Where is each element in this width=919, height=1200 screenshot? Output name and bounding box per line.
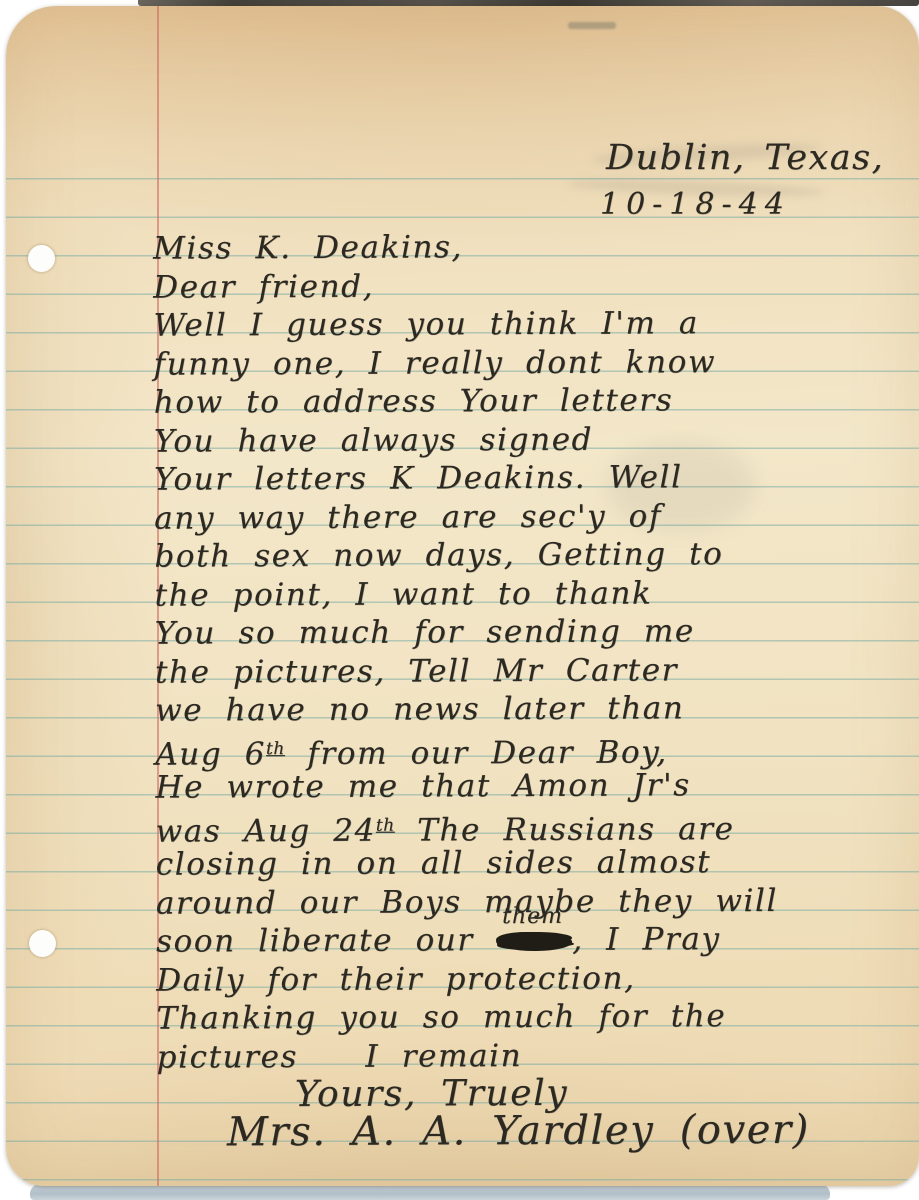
letter-text-segment: Aug 6 xyxy=(155,736,266,772)
letter-text-segment: any way there are sec'y of xyxy=(154,498,662,536)
letter-text-segment: both sex now days, Getting to xyxy=(154,536,723,574)
letter-line: funny one, I really dont know xyxy=(153,342,913,384)
letter-text-segment: Dear friend, xyxy=(153,268,374,305)
dateline: Dublin, Texas, 10-18-44 xyxy=(606,138,884,222)
letter-text-segment: You have always signed xyxy=(154,421,593,459)
letter-line: Miss K. Deakins, xyxy=(153,226,913,268)
letter-line: was Aug 24th The Russians are xyxy=(156,804,916,846)
letter-line: pictures I remain xyxy=(157,1035,917,1077)
letter-line: both sex now days, Getting to xyxy=(154,534,914,576)
punch-hole-top xyxy=(28,245,55,272)
letter-text-segment: Miss K. Deakins, xyxy=(153,229,463,266)
letter-line: soon liberate our them, I Pray xyxy=(156,919,916,961)
paper-smudge xyxy=(568,22,616,29)
letter-line: Daily for their protection, xyxy=(156,958,916,1000)
dateline-place: Dublin, Texas, xyxy=(606,138,884,178)
inserted-word-above: them xyxy=(502,906,563,928)
letter-line: we have no news later than xyxy=(155,688,915,730)
letter-line: the point, I want to thank xyxy=(154,573,914,615)
letter-body: Miss K. Deakins,Dear friend,Well I guess… xyxy=(153,226,917,1153)
letter-text-segment: closing in on all sides almost xyxy=(156,844,712,882)
letter-text-segment: how to address Your letters xyxy=(154,382,674,420)
scan-edge-bottom xyxy=(30,1184,830,1200)
letter-text-segment: the point, I want to thank xyxy=(155,575,653,613)
letter-text-segment: was Aug 24 xyxy=(156,812,376,849)
letter-text-segment: Well I guess you think I'm a xyxy=(153,305,699,343)
letter-line: Well I guess you think I'm a xyxy=(153,303,913,345)
letter-text-segment: , I Pray xyxy=(572,921,720,958)
punch-hole-bottom xyxy=(29,930,56,957)
letter-line: You so much for sending me xyxy=(155,611,915,653)
letter-text-segment: Your letters K Deakins. Well xyxy=(154,459,683,497)
letter-text-segment: funny one, I really dont know xyxy=(153,344,716,382)
letter-line: Mrs. A. A. Yardley (over) xyxy=(157,1112,917,1154)
letter-line: the pictures, Tell Mr Carter xyxy=(155,650,915,692)
scanned-letter-page: Dublin, Texas, 10-18-44 Miss K. Deakins,… xyxy=(0,0,919,1200)
letter-line: Your letters K Deakins. Well xyxy=(154,457,914,499)
letter-text-segment: around our Boys maybe they will xyxy=(156,882,778,921)
letter-line: Dear friend, xyxy=(153,265,913,307)
ordinal-superscript: th xyxy=(266,739,285,759)
letter-text-segment: the pictures, Tell Mr Carter xyxy=(155,652,678,690)
dateline-date: 10-18-44 xyxy=(600,187,884,222)
letter-line: You have always signed xyxy=(154,419,914,461)
letter-text-segment: we have no news later than xyxy=(155,690,684,728)
letter-text-segment: soon liberate our xyxy=(156,922,496,959)
letter-paper: Dublin, Texas, 10-18-44 Miss K. Deakins,… xyxy=(6,6,919,1186)
letter-text-segment: Daily for their protection, xyxy=(156,960,635,998)
letter-line: closing in on all sides almost xyxy=(156,842,916,884)
ordinal-superscript: th xyxy=(376,815,395,835)
letter-line: how to address Your letters xyxy=(154,380,914,422)
scribbled-out-word: them xyxy=(496,932,572,951)
letter-line: He wrote me that Amon Jr's xyxy=(155,765,915,807)
letter-text-segment: He wrote me that Amon Jr's xyxy=(155,767,690,805)
letter-text-segment: You so much for sending me xyxy=(155,613,695,651)
letter-line: Aug 6th from our Dear Boy, xyxy=(155,727,915,769)
letter-text-segment: Thanking you so much for the xyxy=(156,998,726,1036)
letter-line: Thanking you so much for the xyxy=(156,996,916,1038)
letter-line: any way there are sec'y of xyxy=(154,496,914,538)
letter-text-segment: Mrs. A. A. Yardley (over) xyxy=(227,1106,810,1155)
letter-text-segment: pictures I remain xyxy=(157,1038,523,1076)
